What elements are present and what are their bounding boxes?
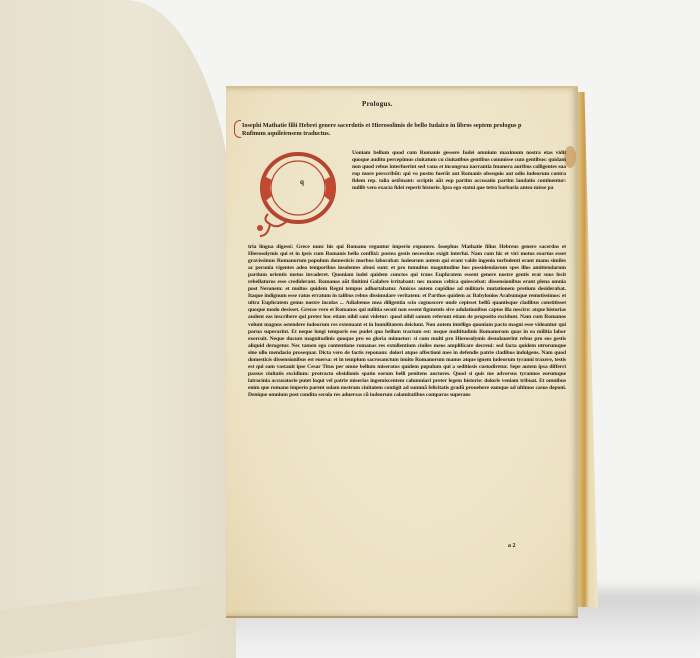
printed-page: Prologus. Iosephi Mathatie filii Hebrei … [226,86,578,618]
rubricated-bracket-icon [234,120,241,138]
running-head: Prologus. [362,100,393,108]
illuminated-initial-q-icon [248,146,340,238]
incipit-heading: Iosephi Mathatie filii Hebrei genere sac… [242,122,542,138]
body-text-beside-initial: Uoniam bellum quod cum Romanis gessere I… [352,150,566,242]
body-text: tria lingua digessi: Grece nunc his qui … [248,244,566,544]
left-blank-page [0,0,236,658]
guide-letter: q [300,178,304,186]
signature-mark: a 2 [508,543,516,549]
